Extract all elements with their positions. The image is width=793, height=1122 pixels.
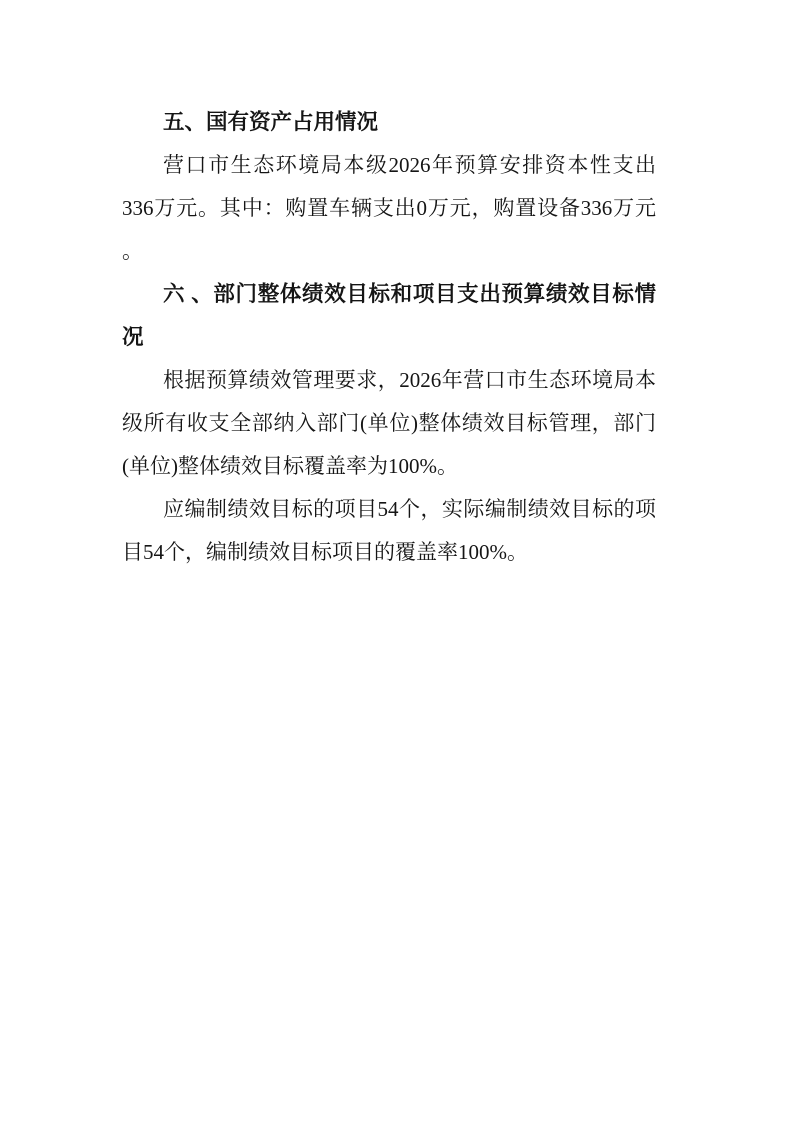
- section-5-para-1-line-2: 336万元。其中：购置车辆支出0万元，购置设备336万元: [122, 187, 656, 230]
- section-5-heading: 五、国有资产占用情况: [122, 101, 656, 144]
- section-6-para-1-line-1: 根据预算绩效管理要求，2026年营口市生态环境局本: [122, 359, 656, 402]
- section-6-para-1-line-2: 级所有收支全部纳入部门(单位)整体绩效目标管理，部门: [122, 402, 656, 445]
- section-5-para-1-line-3: 。: [122, 230, 656, 273]
- document-page: 五、国有资产占用情况 营口市生态环境局本级2026年预算安排资本性支出 336万…: [0, 0, 793, 1122]
- section-6-para-2-line-1: 应编制绩效目标的项目54个，实际编制绩效目标的项: [122, 488, 656, 531]
- document-content: 五、国有资产占用情况 营口市生态环境局本级2026年预算安排资本性支出 336万…: [122, 101, 656, 574]
- section-6-para-2-line-2: 目54个，编制绩效目标项目的覆盖率100%。: [122, 531, 656, 574]
- section-6-heading-line-2: 况: [122, 316, 656, 359]
- section-6-para-1-line-3: (单位)整体绩效目标覆盖率为100%。: [122, 445, 656, 488]
- section-6-heading-line-1: 六 、部门整体绩效目标和项目支出预算绩效目标情: [122, 273, 656, 316]
- section-5-para-1-line-1: 营口市生态环境局本级2026年预算安排资本性支出: [122, 144, 656, 187]
